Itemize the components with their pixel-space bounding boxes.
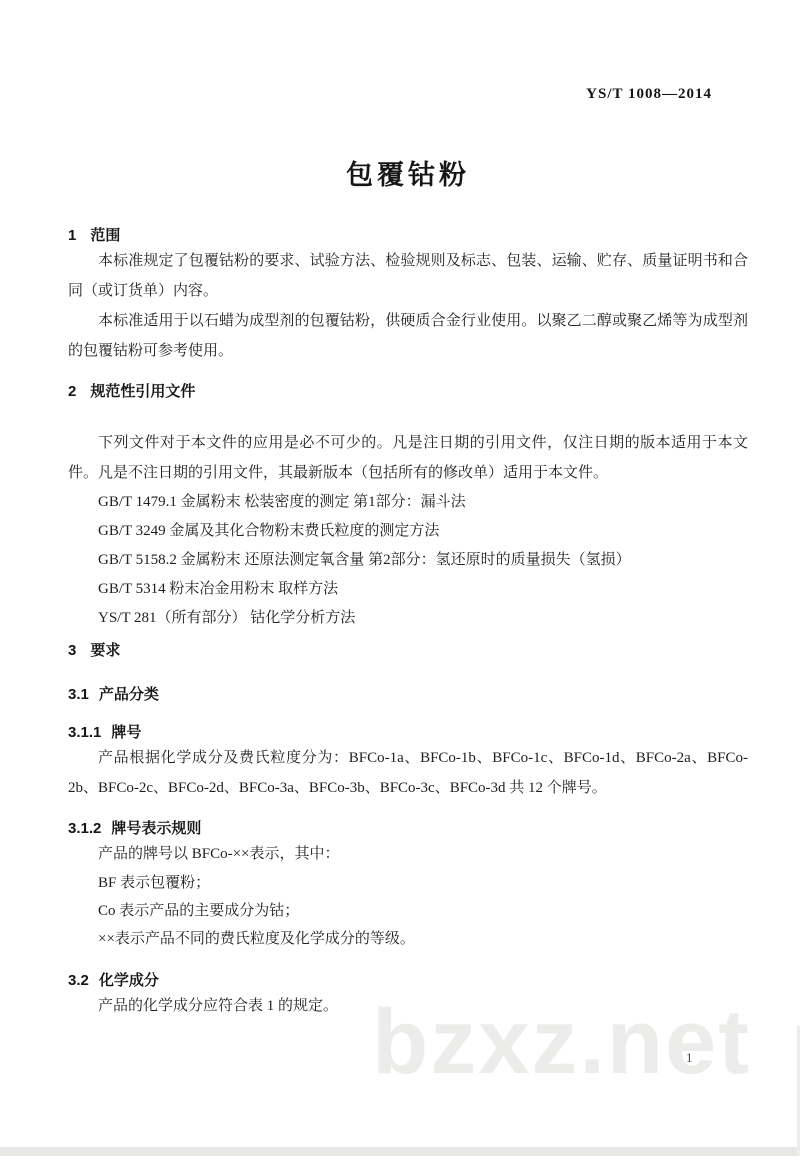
brand-rule-item: Co 表示产品的主要成分为钴； [68, 897, 748, 925]
section-1-heading: 1范围 [68, 226, 748, 246]
section-3-2-number: 3.2 [68, 972, 89, 989]
section-3-heading: 3要求 [68, 641, 748, 661]
page-bottom-edge [0, 1147, 800, 1156]
section-3-number: 3 [68, 642, 76, 659]
section-3-title: 要求 [90, 642, 120, 659]
section-3-1-heading: 3.1产品分类 [68, 685, 748, 705]
section-1-title: 范围 [90, 227, 120, 244]
section-2-title: 规范性引用文件 [90, 383, 195, 400]
section-3-1-title: 产品分类 [99, 686, 159, 703]
scope-paragraph-1: 本标准规定了包覆钴粉的要求、试验方法、检验规则及标志、包装、运输、贮存、质量证明… [68, 246, 748, 306]
section-2-number: 2 [68, 383, 76, 400]
document-page: YS/T 1008—2014 包覆钴粉 1范围 本标准规定了包覆钴粉的要求、试验… [0, 86, 800, 1021]
brand-rule-item: BF 表示包覆粉； [68, 869, 748, 897]
section-3-1-number: 3.1 [68, 686, 89, 703]
section-3-2-heading: 3.2化学成分 [68, 971, 748, 991]
section-2-heading: 2规范性引用文件 [68, 382, 748, 402]
section-3-1-1-title: 牌号 [111, 724, 141, 741]
document-title: 包覆钴粉 [68, 153, 748, 192]
brand-rule-item: ××表示产品不同的费氏粒度及化学成分的等级。 [68, 925, 748, 953]
section-3-2-title: 化学成分 [99, 972, 159, 989]
scope-paragraph-2: 本标准适用于以石蜡为成型剂的包覆钴粉，供硬质合金行业使用。以聚乙二醇或聚乙烯等为… [68, 306, 748, 366]
reference-item: GB/T 3249 金属及其化合物粉末费氏粒度的测定方法 [68, 517, 748, 546]
brand-rule-intro: 产品的牌号以 BFCo-××表示，其中： [68, 839, 748, 869]
section-1-number: 1 [68, 227, 76, 244]
reference-item: GB/T 1479.1 金属粉末 松装密度的测定 第1部分：漏斗法 [68, 488, 748, 517]
reference-item: YS/T 281（所有部分） 钴化学分析方法 [68, 604, 748, 633]
brand-paragraph: 产品根据化学成分及费氏粒度分为：BFCo-1a、BFCo-1b、BFCo-1c、… [68, 743, 748, 803]
references-intro: 下列文件对于本文件的应用是必不可少的。凡是注日期的引用文件，仅注日期的版本适用于… [68, 428, 748, 488]
section-3-1-2-heading: 3.1.2牌号表示规则 [68, 819, 748, 839]
section-3-1-2-number: 3.1.2 [68, 820, 101, 837]
section-3-1-1-number: 3.1.1 [68, 724, 101, 741]
standard-code: YS/T 1008—2014 [68, 86, 748, 103]
section-3-1-1-heading: 3.1.1牌号 [68, 723, 748, 743]
reference-item: GB/T 5314 粉末冶金用粉末 取样方法 [68, 575, 748, 604]
reference-item: GB/T 5158.2 金属粉末 还原法测定氧含量 第2部分：氢还原时的质量损失… [68, 546, 748, 575]
section-3-1-2-title: 牌号表示规则 [111, 820, 201, 837]
brand-rule-list: BF 表示包覆粉； Co 表示产品的主要成分为钴； ××表示产品不同的费氏粒度及… [68, 869, 748, 953]
chemical-paragraph: 产品的化学成分应符合表 1 的规定。 [68, 991, 748, 1021]
page-number: 1 [686, 1050, 693, 1066]
references-list: GB/T 1479.1 金属粉末 松装密度的测定 第1部分：漏斗法 GB/T 3… [68, 488, 748, 633]
